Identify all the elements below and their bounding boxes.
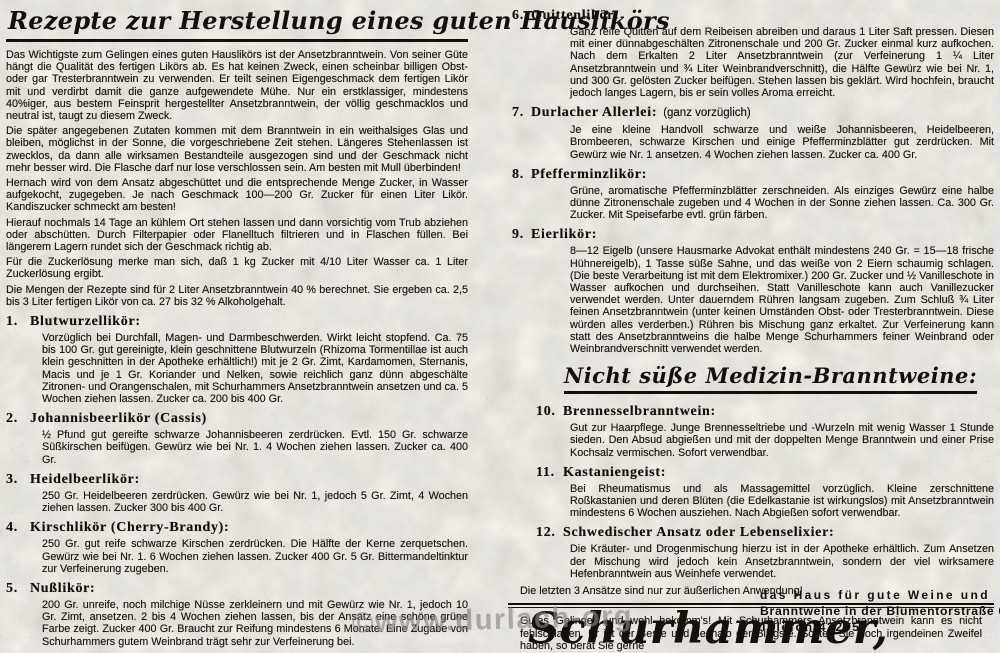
recipe-body: 8—12 Eigelb (unsere Hausmarke Advokat en…	[570, 245, 994, 355]
recipe-body: Grüne, aromatische Pfefferminzblätter ze…	[570, 185, 994, 222]
recipe-number: 4.	[6, 519, 30, 536]
recipe-title: Brennesselbranntwein:	[563, 403, 716, 420]
recipe-heading: 1.Blutwurzellikör:	[6, 313, 468, 330]
intro-paragraph: Die Mengen der Rezepte sind für 2 Liter …	[6, 284, 468, 308]
recipe-number: 10.	[536, 403, 563, 420]
recipe-body: Bei Rheumatismus und als Massagemittel v…	[570, 483, 994, 520]
recipe-number: 3.	[6, 471, 30, 488]
recipe-heading: 11.Kastaniengeist:	[508, 464, 994, 481]
recipe-kirschlikoer: 4.Kirschlikör (Cherry-Brandy): 250 Gr. g…	[6, 519, 468, 575]
recipe-johannisbeerlikoer: 2.Johannisbeerlikör (Cassis) ½ Pfund gut…	[6, 410, 468, 466]
recipe-heading: 3.Heidelbeerlikör:	[6, 471, 468, 488]
recipe-number: 8.	[512, 166, 531, 183]
recipe-quittenlikoer: 6.Quittenlikör: Ganz reife Quitten auf d…	[508, 7, 994, 99]
recipe-title: Kastaniengeist:	[563, 464, 666, 481]
recipe-title: Kirschlikör (Cherry-Brandy):	[30, 519, 229, 536]
recipe-blutwurzellikoer: 1.Blutwurzellikör: Vorzüglich bei Durchf…	[6, 313, 468, 405]
recipe-heidelbeerlikoer: 3.Heidelbeerlikör: 250 Gr. Heidelbeeren …	[6, 471, 468, 514]
recipe-number: 6.	[512, 7, 531, 24]
recipe-title: Durlacher Allerlei:	[531, 104, 657, 121]
recipe-heading: 7.Durlacher Allerlei:(ganz vorzüglich)	[508, 104, 994, 122]
recipe-heading: 12.Schwedischer Ansatz oder Lebenselixie…	[508, 524, 994, 541]
recipe-number: 7.	[512, 104, 531, 121]
intro-paragraph: Das Wichtigste zum Gelingen eines guten …	[6, 49, 468, 122]
recipe-body: 250 Gr. gut reife schwarze Kirschen zerd…	[42, 538, 468, 575]
recipe-heading: 8.Pfefferminzlikör:	[508, 166, 994, 183]
recipe-title: Eierlikör:	[531, 226, 597, 243]
intro-paragraph: Für die Zuckerlösung merke man sich, daß…	[6, 256, 468, 280]
address-line: das Haus für gute Weine und	[760, 588, 1000, 602]
intro-paragraph: Hernach wird von dem Ansatz abgeschüttet…	[6, 177, 468, 214]
recipe-kastaniengeist: 11.Kastaniengeist: Bei Rheumatismus und …	[508, 464, 994, 520]
recipe-body: Vorzüglich bei Durchfall, Magen- und Dar…	[42, 332, 468, 405]
recipe-heading: 2.Johannisbeerlikör (Cassis)	[6, 410, 468, 427]
recipe-heading: 10.Brennesselbranntwein:	[508, 403, 994, 420]
recipe-brennesselbranntwein: 10.Brennesselbranntwein: Gut zur Haarpfl…	[508, 403, 994, 459]
recipe-number: 9.	[512, 226, 531, 243]
recipe-heading: 5.Nußlikör:	[6, 580, 468, 597]
recipe-title: Schwedischer Ansatz oder Lebenselixier:	[563, 524, 834, 541]
section-title-medizin-branntweine: Nicht süße Medizin-Branntweine:	[564, 363, 977, 394]
recipe-title: Quittenlikör:	[531, 7, 619, 24]
recipe-body: Gut zur Haarpflege. Junge Brennesseltrie…	[570, 422, 994, 459]
recipe-number: 2.	[6, 410, 30, 427]
address-block: das Haus für gute Weine und Branntweine …	[760, 588, 1000, 634]
recipe-durlacher-allerlei: 7.Durlacher Allerlei:(ganz vorzüglich) J…	[508, 104, 994, 161]
recipe-title: Johannisbeerlikör (Cassis)	[30, 410, 207, 427]
recipe-number: 5.	[6, 580, 30, 597]
left-column: Rezepte zur Herstellung eines guten Haus…	[6, 4, 468, 648]
intro-paragraph: Die später angegebenen Zutaten kommen mi…	[6, 125, 468, 174]
recipe-title: Pfefferminzlikör:	[531, 166, 647, 183]
recipe-heading: 9.Eierlikör:	[508, 226, 994, 243]
recipe-heading: 6.Quittenlikör:	[508, 7, 994, 24]
recipe-body: 250 Gr. Heidelbeeren zerdrücken. Gewürz …	[42, 490, 468, 514]
recipe-body: Je eine kleine Handvoll schwarze und wei…	[570, 124, 994, 161]
address-phone: Telefon 42205	[760, 620, 1000, 634]
intro-paragraph: Hierauf nochmals 14 Tage an kühlem Ort s…	[6, 217, 468, 254]
recipe-body: ½ Pfund gut gereifte schwarze Johannisbe…	[42, 429, 468, 466]
recipe-heading: 4.Kirschlikör (Cherry-Brandy):	[6, 519, 468, 536]
recipe-schwedischer-ansatz: 12.Schwedischer Ansatz oder Lebenselixie…	[508, 524, 994, 580]
recipe-title: Blutwurzellikör:	[30, 313, 141, 330]
recipe-body: Die Kräuter- und Drogenmischung hierzu i…	[570, 543, 994, 580]
right-column: 6.Quittenlikör: Ganz reife Quitten auf d…	[508, 2, 994, 653]
document-page: Rezepte zur Herstellung eines guten Haus…	[0, 0, 1000, 653]
recipe-title: Heidelbeerlikör:	[30, 471, 140, 488]
recipe-pfefferminzlikoer: 8.Pfefferminzlikör: Grüne, aromatische P…	[508, 166, 994, 222]
page-title: Rezepte zur Herstellung eines guten Haus…	[6, 4, 468, 42]
address-line: Branntweine in der Blumentorstraße 6	[760, 604, 1000, 618]
recipe-title: Nußlikör:	[30, 580, 95, 597]
recipe-number: 1.	[6, 313, 30, 330]
recipe-title-note: (ganz vorzüglich)	[663, 105, 751, 122]
recipe-eierlikoer: 9.Eierlikör: 8—12 Eigelb (unsere Hausmar…	[508, 226, 994, 355]
recipe-number: 12.	[536, 524, 563, 541]
recipe-number: 11.	[536, 464, 563, 481]
recipe-body: Ganz reife Quitten auf dem Reibeisen abr…	[570, 26, 994, 99]
